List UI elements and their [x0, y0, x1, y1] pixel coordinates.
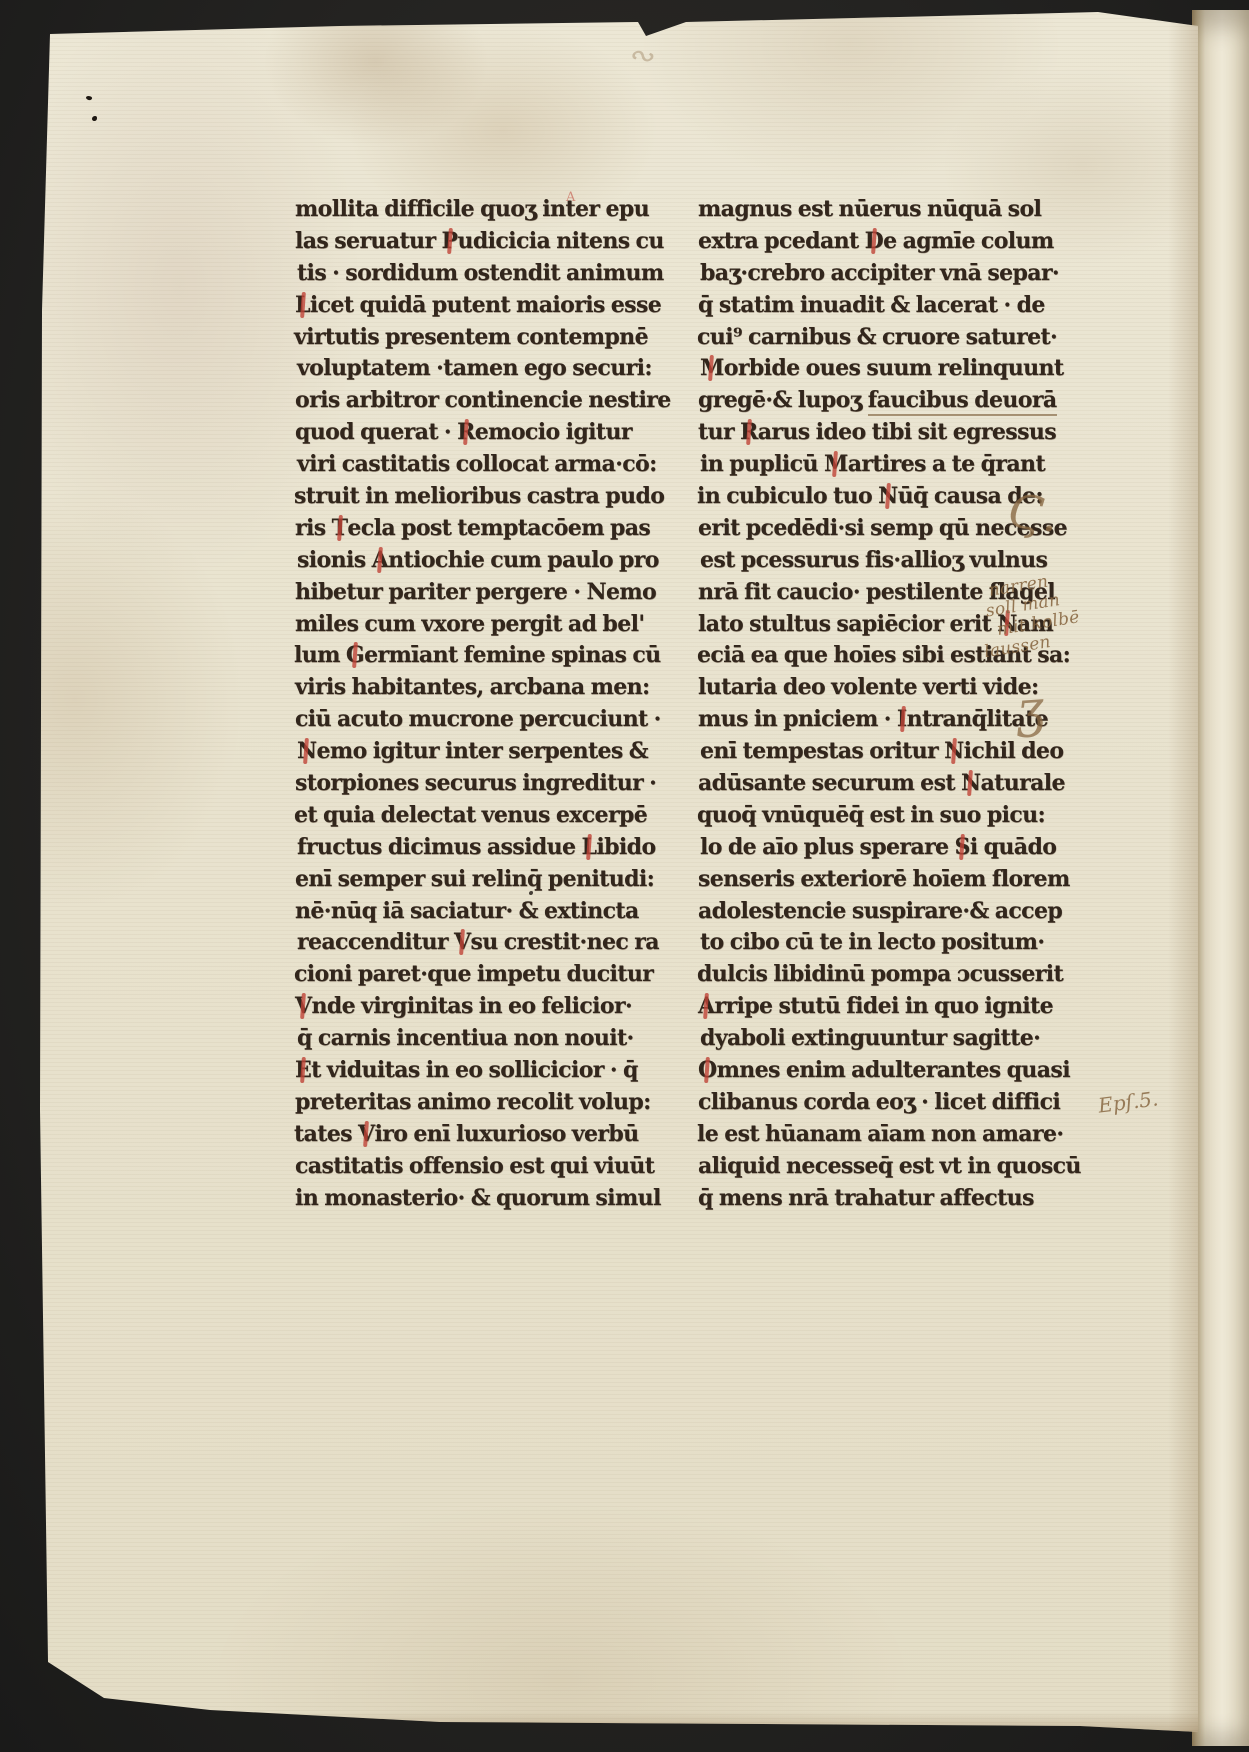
- photo-background: mollita difficile quoʒ inter epulas seru…: [0, 0, 1249, 1752]
- underlined-text: faucibus deuorā: [868, 387, 1057, 416]
- text-line: adolestencie suspirare·& accep: [698, 896, 1081, 928]
- text-line: lum Germīant femine spinas cū: [294, 640, 670, 672]
- text-line: miles cum vxore pergit ad bel': [295, 609, 671, 641]
- text-line: in monasterio· & quorum simul: [295, 1183, 671, 1215]
- text-line: viris habitantes, arcbana men:: [295, 672, 671, 704]
- text-line: lo de aīo plus sperare Si quādo: [700, 832, 1083, 864]
- text-line: mollita difficile quoʒ inter epu: [295, 194, 671, 226]
- rubricated-initial: L: [295, 290, 310, 322]
- book-fore-edge: [1192, 10, 1249, 1746]
- text-line: q̄ mens nrā trahatur affectus: [698, 1183, 1081, 1215]
- rubricated-initial: P: [442, 226, 458, 258]
- text-line: q̄ statim inuadit & lacerat · de: [698, 290, 1081, 322]
- text-line: Morbide oues suum relinquunt: [700, 353, 1083, 385]
- text-line: oris arbitror continencie nestire: [295, 385, 671, 417]
- text-line: sionis Antiochie cum paulo pro: [297, 545, 673, 577]
- text-line: et quia delectat venus excerpē: [294, 800, 670, 832]
- rubricated-initial: O: [698, 1055, 717, 1087]
- text-line: q̄ carnis incentiua non nouit·: [297, 1023, 673, 1055]
- text-line: Et viduitas in eo sollicicior · q̄: [295, 1055, 671, 1087]
- text-line: nē·nūq iā saciatur· & extincta: [295, 896, 671, 928]
- text-line: las seruatur Pudicicia nitens cu: [295, 226, 671, 258]
- rubricated-initial: V: [358, 1119, 374, 1151]
- rubricated-initial: D: [865, 226, 883, 258]
- margin-paragraph-mark-upper: Ϛ.: [1005, 484, 1060, 543]
- text-line: virtutis presentem contempnē: [294, 322, 670, 354]
- text-line: tis · sordidum ostendit animum: [297, 258, 673, 290]
- rubricated-initial: I: [897, 704, 907, 736]
- rubricated-initial: A: [698, 991, 714, 1023]
- rubricated-initial: N: [961, 768, 981, 800]
- rubricated-initial: N: [297, 736, 317, 768]
- text-line: hibetur pariter pergere · Nemo: [295, 577, 671, 609]
- rubricated-initial: L: [581, 832, 596, 864]
- rubricated-initial: V: [454, 927, 470, 959]
- text-line: cui⁹ carnibus & cruore saturet·: [697, 322, 1080, 354]
- rubricated-initial: N: [944, 736, 964, 768]
- text-line: reaccenditur Vsu crestit·nec ra: [297, 927, 673, 959]
- text-line: Vnde virginitas in eo felicior·: [295, 991, 671, 1023]
- text-line: le est hūanam aīam non amare·: [697, 1119, 1080, 1151]
- rubricated-initial: R: [457, 417, 475, 449]
- text-line: clibanus corda eoʒ · licet diffici: [698, 1087, 1081, 1119]
- rubricated-initial: R: [740, 417, 758, 449]
- text-line: preteritas animo recolit volup:: [295, 1087, 671, 1119]
- margin-gloss: narrensoll manmit kolbēlaussen: [987, 568, 1082, 660]
- text-line: voluptatem ·tamen ego securi:: [297, 353, 673, 385]
- text-line: enī semper sui relinq̄ penitudi:: [295, 864, 671, 896]
- text-line: Licet quidā putent maioris esse: [295, 290, 671, 322]
- rubricated-initial: M: [824, 449, 848, 481]
- text-line: adūsante securum est Naturale: [698, 768, 1081, 800]
- text-line: gregē·& lupoʒ faucibus deuorā: [698, 385, 1081, 417]
- manuscript-page: mollita difficile quoʒ inter epulas seru…: [40, 10, 1198, 1732]
- text-line: quoq̄ vnūquēq̄ est in suo picu:: [697, 800, 1080, 832]
- red-guide-letter: A: [566, 190, 575, 205]
- text-line: viri castitatis collocat arma·cō:: [297, 449, 673, 481]
- text-line: enī tempestas oritur Nichil deo: [700, 736, 1083, 768]
- text-line: dulcis libidinū pompa ɔcusserit: [697, 959, 1080, 991]
- text-line: Arripe stutū fidei in quo ignite: [698, 991, 1081, 1023]
- rubricated-initial: E: [295, 1055, 311, 1087]
- text-line: baʒ·crebro accipiter vnā separ·: [700, 258, 1083, 290]
- text-column-left: mollita difficile quoʒ inter epulas seru…: [295, 194, 671, 1215]
- rubricated-initial: S: [955, 832, 970, 864]
- text-line: storpiones securus ingreditur ·: [295, 768, 671, 800]
- text-line: fructus dicimus assidue Libido: [297, 832, 673, 864]
- rubricated-initial: T: [332, 513, 348, 545]
- text-line: dyaboli extinguuntur sagitte·: [700, 1023, 1083, 1055]
- text-line: to cibo cū te in lecto positum·: [700, 927, 1083, 959]
- text-line: ciū acuto mucrone percuciunt ·: [295, 704, 671, 736]
- text-line: in puplicū Martires a te q̄rant: [700, 449, 1083, 481]
- text-line: quod querat · Remocio igitur: [295, 417, 671, 449]
- rubricated-initial: M: [700, 353, 724, 385]
- rubricated-initial: A: [372, 545, 388, 577]
- text-line: castitatis offensio est qui viuūt: [295, 1151, 671, 1183]
- text-line: tates Viro enī luxurioso verbū: [294, 1119, 670, 1151]
- text-line: aliquid necesseq̄ est vt in quoscū: [698, 1151, 1081, 1183]
- text-line: tur Rarus ideo tibi sit egressus: [698, 417, 1081, 449]
- text-line: struit in melioribus castra pudo: [294, 481, 670, 513]
- rubricated-initial: G: [346, 640, 364, 672]
- text-line: Nemo igitur inter serpentes &: [297, 736, 673, 768]
- rubricated-initial: N: [878, 481, 898, 513]
- text-line: Omnes enim adulterantes quasi: [698, 1055, 1081, 1087]
- text-line: magnus est nūerus nūquā sol: [698, 194, 1081, 226]
- rubricated-initial: V: [295, 991, 311, 1023]
- text-line: senseris exteriorē hoīem florem: [698, 864, 1081, 896]
- text-line: est pcessurus fis·allioʒ vulnus: [700, 545, 1083, 577]
- text-line: extra pcedant De agmīe colum: [698, 226, 1081, 258]
- margin-paragraph-mark-lower: ʒ: [1014, 679, 1046, 739]
- text-line: ris Tecla post temptacōem pas: [295, 513, 671, 545]
- text-line: cioni paret·que impetu ducitur: [294, 959, 670, 991]
